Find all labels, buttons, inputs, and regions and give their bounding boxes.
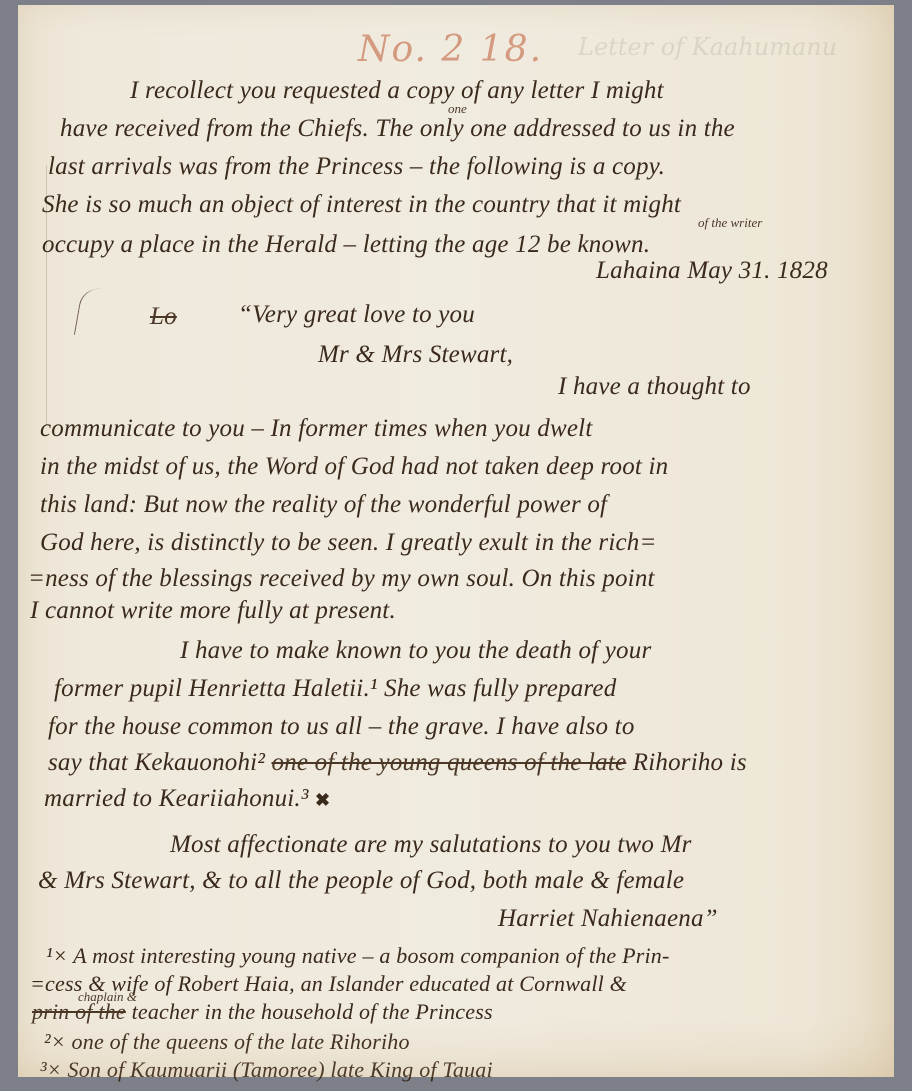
body-line-4: this land: But now the reality of the wo… bbox=[40, 491, 607, 519]
body-line-9: former pupil Henrietta Haletii.¹ She was… bbox=[54, 675, 616, 703]
manuscript-page: Letter of Kaahumanu No. 2 18. I recollec… bbox=[18, 5, 894, 1077]
body-line-10: for the house common to us all – the gra… bbox=[48, 713, 635, 741]
bleed-through-text: Letter of Kaahumanu bbox=[578, 33, 837, 61]
struck-word: Lo bbox=[150, 303, 177, 330]
footnote-2: ²× one of the queens of the late Rihorih… bbox=[44, 1029, 410, 1055]
salutation-struck: Lo bbox=[150, 303, 177, 331]
body-line-11: say that Kekauonohi² one of the young qu… bbox=[48, 749, 747, 777]
body-line-2: communicate to you – In former times whe… bbox=[40, 415, 592, 443]
footnote-3-text: Son of Kaumuarii (Tamoree) late King of … bbox=[68, 1057, 493, 1082]
footnote-1-text-1: A most interesting young native – a boso… bbox=[73, 943, 669, 968]
body-line-12: married to Keariiahonui.³ ✖ bbox=[44, 785, 330, 813]
body-line-7: I cannot write more fully at present. bbox=[30, 597, 396, 625]
intro-line-5: occupy a place in the Herald – letting t… bbox=[42, 231, 650, 259]
rihoriho-is: Rihoriho is bbox=[633, 749, 747, 776]
salutation-line-2: Mr & Mrs Stewart, bbox=[318, 341, 513, 369]
intro-line-1: I recollect you requested a copy of any … bbox=[130, 77, 664, 105]
body-line-5: God here, is distinctly to be seen. I gr… bbox=[40, 529, 657, 557]
document-number: No. 2 18. bbox=[358, 29, 543, 70]
opening-bracket bbox=[74, 286, 103, 339]
closing-line-2: & Mrs Stewart, & to all the people of Go… bbox=[38, 867, 684, 895]
body-line-6: =ness of the blessings received by my ow… bbox=[28, 565, 655, 593]
intro-line-3: last arrivals was from the Princess – th… bbox=[48, 153, 665, 181]
footnote-1-line-1: ¹× A most interesting young native – a b… bbox=[46, 943, 670, 969]
cross-mark: ✖ bbox=[315, 790, 330, 810]
married-to-keariiahonui: married to Keariiahonui.³ bbox=[44, 785, 309, 812]
footnote-2-text: one of the queens of the late Rihoriho bbox=[72, 1029, 410, 1054]
footnote-1-line-3: prin of the teacher in the household of … bbox=[32, 999, 493, 1025]
signature: Harriet Nahienaena” bbox=[498, 905, 718, 933]
struck-phrase: one of the young queens of the late bbox=[271, 749, 626, 776]
footnote-1-struck: prin of the bbox=[32, 999, 126, 1024]
footnote-2-marker: ²× bbox=[44, 1029, 66, 1054]
body-line-1: I have a thought to bbox=[558, 373, 751, 401]
intro-line-2: have received from the Chiefs. The only … bbox=[60, 115, 735, 143]
body-line-8: I have to make known to you the death of… bbox=[180, 637, 651, 665]
footnote-1-text-3: teacher in the household of the Princess bbox=[132, 999, 493, 1024]
salutation-line-1: “Very great love to you bbox=[238, 301, 475, 329]
body-line-3: in the midst of us, the Word of God had … bbox=[40, 453, 668, 481]
dateline: Lahaina May 31. 1828 bbox=[596, 257, 828, 285]
insertion-of-the-writer: of the writer bbox=[698, 215, 762, 231]
intro-line-4: She is so much an object of interest in … bbox=[42, 191, 681, 219]
footnote-3-marker: ³× bbox=[40, 1057, 62, 1082]
footnote-3: ³× Son of Kaumuarii (Tamoree) late King … bbox=[40, 1057, 493, 1083]
say-that-kekauonohi: say that Kekauonohi² bbox=[48, 749, 265, 776]
footnote-1-marker: ¹× bbox=[46, 943, 68, 968]
closing-line-1: Most affectionate are my salutations to … bbox=[170, 831, 692, 859]
